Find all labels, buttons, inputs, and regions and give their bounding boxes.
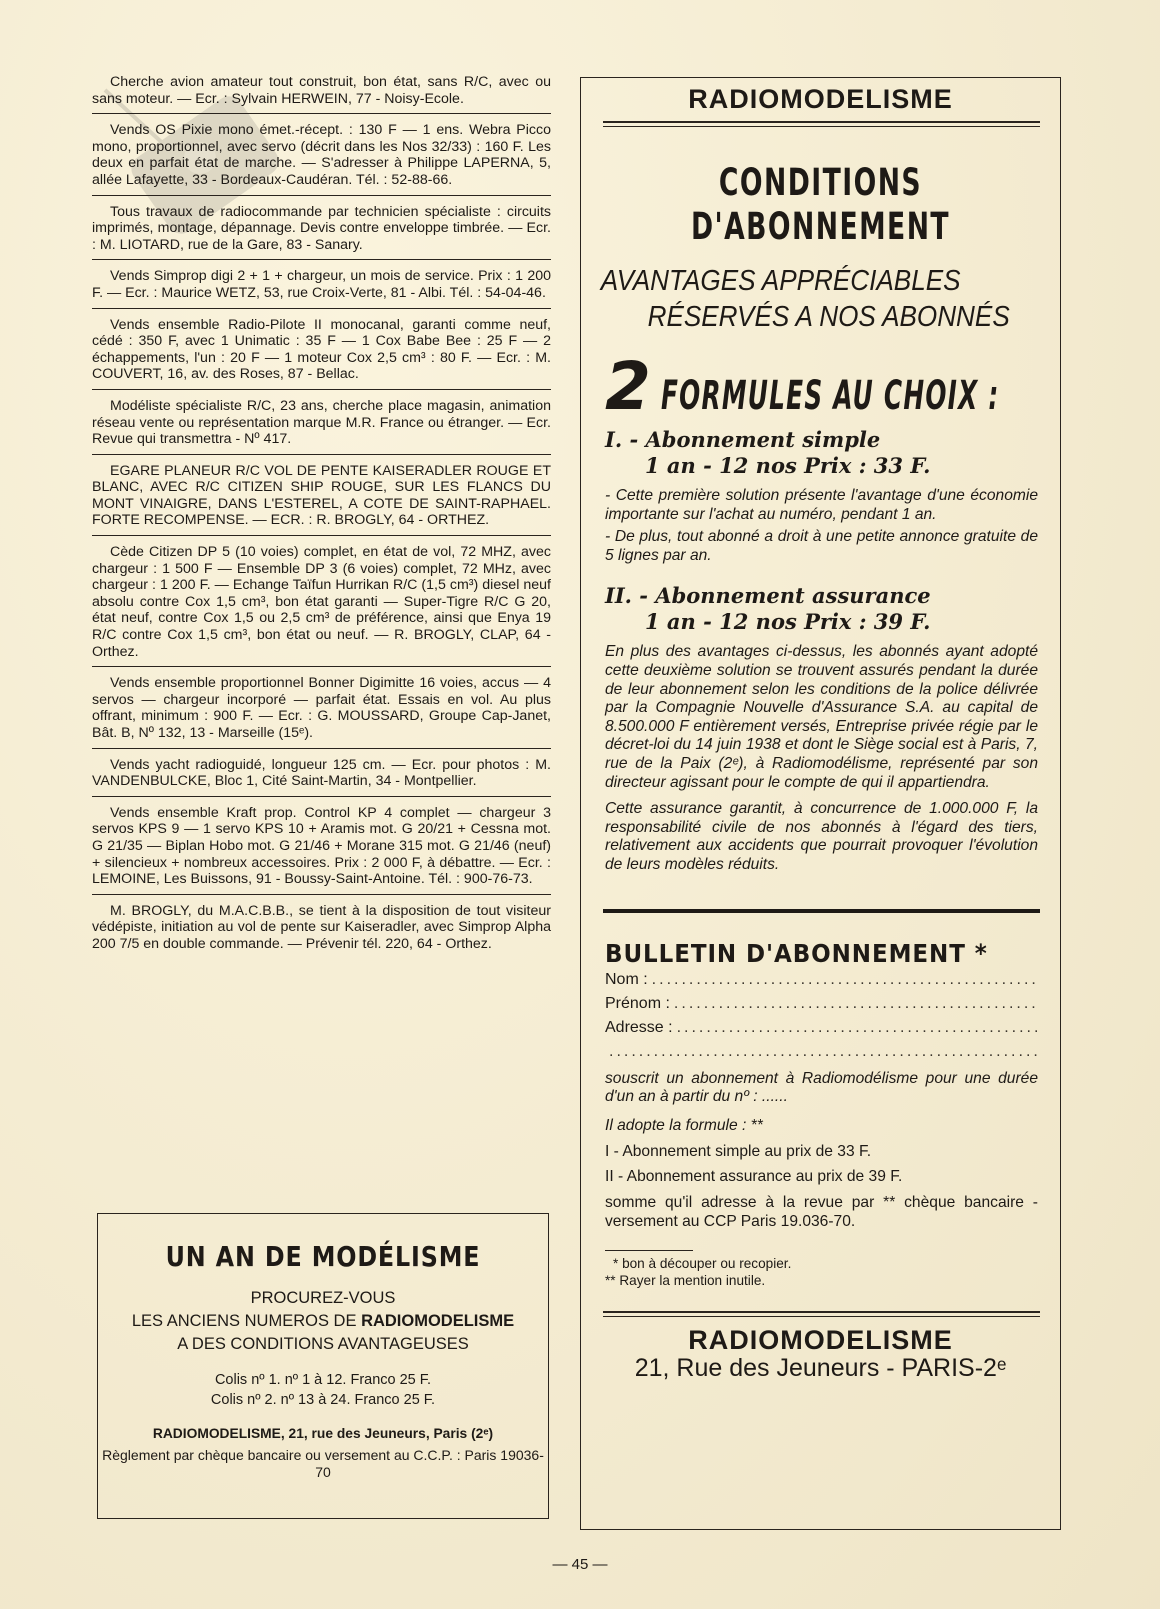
address-continuation-field[interactable]: ........................................… xyxy=(605,1040,1038,1064)
formules-number: 2 xyxy=(605,357,651,417)
payment-statement: somme qu'il adresse à la revue par ** ch… xyxy=(605,1194,1038,1231)
promo-title: UN AN DE MODÉLISME xyxy=(132,1240,515,1273)
classifieds-column: Cherche avion amateur tout construit, bo… xyxy=(92,72,551,965)
footnote: * bon à découper ou recopier. xyxy=(605,1255,1060,1272)
advantages-line: AVANTAGES APPRÉCIABLES xyxy=(601,263,1012,299)
formules-text: FORMULES AU CHOIX : xyxy=(661,373,1000,419)
formula-2-heading: II. - Abonnement assurance 1 an - 12 nos… xyxy=(581,583,1060,635)
first-name-field[interactable]: Prénom : ...............................… xyxy=(605,992,1038,1016)
formula-1-description: - De plus, tout abonné a droit à une pet… xyxy=(605,528,1038,565)
page-number: — 45 — xyxy=(0,1556,1160,1573)
promo-subtitle: PROCUREZ-VOUS LES ANCIENS NUMEROS DE RAD… xyxy=(98,1287,548,1356)
promo-line-text: LES ANCIENS NUMEROS DE xyxy=(132,1312,361,1330)
promo-payment-info: Règlement par chèque bancaire ou verseme… xyxy=(98,1447,548,1481)
footer-address: 21, Rue des Jeuneurs - PARIS-2ᵉ xyxy=(581,1354,1060,1383)
colis-item: Colis nº 1. nº 1 à 12. Franco 25 F. xyxy=(98,1370,548,1390)
footnote: ** Rayer la mention inutile. xyxy=(605,1272,1060,1289)
classified-ad: Vends yacht radioguidé, longueur 125 cm.… xyxy=(92,755,551,797)
field-label: Adresse : xyxy=(605,1016,673,1040)
subscription-statement: souscrit un abonnement à Radiomodélisme … xyxy=(605,1070,1038,1107)
address-field[interactable]: Adresse : ..............................… xyxy=(605,1016,1038,1040)
field-label: Prénom : xyxy=(605,992,670,1016)
classified-ad: Cherche avion amateur tout construit, bo… xyxy=(92,72,551,114)
formula-price: 1 an - 12 nos Prix : 33 F. xyxy=(605,453,1060,479)
formula-2-description: En plus des avantages ci-dessus, les abo… xyxy=(605,643,1038,792)
formules-heading: 2 FORMULES AU CHOIX : xyxy=(581,357,1060,419)
double-rule-divider xyxy=(603,1311,1040,1317)
promo-line: A DES CONDITIONS AVANTAGEUSES xyxy=(98,1333,548,1356)
footer-magazine-name: RADIOMODELISME xyxy=(581,1325,1060,1356)
promo-brand: RADIOMODELISME xyxy=(361,1312,514,1330)
field-label: Nom : xyxy=(605,968,648,992)
dotted-line[interactable]: ........................................… xyxy=(677,1016,1038,1040)
classified-ad: Vends OS Pixie mono émet.-récept. : 130 … xyxy=(92,120,551,195)
title-line: CONDITIONS xyxy=(648,161,993,205)
promo-address: RADIOMODELISME, 21, rue des Jeuneurs, Pa… xyxy=(98,1426,548,1441)
formula-title: II. - Abonnement assurance xyxy=(605,583,1060,609)
formula-1-description: - Cette première solution présente l'ava… xyxy=(605,487,1038,524)
magazine-header: RADIOMODELISME xyxy=(581,84,1060,115)
formula-price: 1 an - 12 nos Prix : 39 F. xyxy=(605,609,1060,635)
subscription-box: RADIOMODELISME CONDITIONS D'ABONNEMENT A… xyxy=(580,77,1061,1530)
formula-choice-label: Il adopte la formule : ** xyxy=(605,1117,1038,1136)
classified-ad: Tous travaux de radiocommande par techni… xyxy=(92,202,551,261)
footnote-rule xyxy=(605,1250,693,1251)
bulletin-title: BULLETIN D'ABONNEMENT * xyxy=(605,939,1024,968)
promo-line: PROCUREZ-VOUS xyxy=(98,1287,548,1310)
classified-ad: Vends ensemble Radio-Pilote II monocanal… xyxy=(92,315,551,390)
promo-colis-list: Colis nº 1. nº 1 à 12. Franco 25 F. Coli… xyxy=(98,1370,548,1410)
colis-item: Colis nº 2. nº 13 à 24. Franco 25 F. xyxy=(98,1390,548,1410)
promo-line: LES ANCIENS NUMEROS DE RADIOMODELISME xyxy=(98,1310,548,1333)
classified-ad: Vends Simprop digi 2 + 1 + chargeur, un … xyxy=(92,266,551,308)
formula-2-description: Cette assurance garantit, à concurrence … xyxy=(605,800,1038,874)
dotted-line[interactable]: ........................................… xyxy=(609,1040,1038,1064)
formula-option-2[interactable]: II - Abonnement assurance au prix de 39 … xyxy=(605,1168,1038,1187)
dotted-line[interactable]: ........................................… xyxy=(652,968,1038,992)
title-line: D'ABONNEMENT xyxy=(648,205,993,249)
formula-1-heading: I. - Abonnement simple 1 an - 12 nos Pri… xyxy=(581,427,1060,479)
classified-ad: Modéliste spécialiste R/C, 23 ans, cherc… xyxy=(92,396,551,455)
advantages-line: RÉSERVÉS A NOS ABONNÉS xyxy=(601,299,1012,335)
classified-ad: Vends ensemble Kraft prop. Control KP 4 … xyxy=(92,803,551,895)
classified-ad: EGARE PLANEUR R/C VOL DE PENTE KAISERADL… xyxy=(92,461,551,536)
advantages-heading: AVANTAGES APPRÉCIABLES RÉSERVÉS A NOS AB… xyxy=(581,263,1012,335)
formula-option-1[interactable]: I - Abonnement simple au prix de 33 F. xyxy=(605,1143,1038,1162)
classified-ad: M. BROGLY, du M.A.C.B.B., se tient à la … xyxy=(92,901,551,959)
conditions-title: CONDITIONS D'ABONNEMENT xyxy=(648,161,993,249)
thick-rule-divider xyxy=(603,909,1040,913)
formula-title: I. - Abonnement simple xyxy=(605,427,1060,453)
classified-ad: Cède Citizen DP 5 (10 voies) complet, en… xyxy=(92,542,551,667)
classified-ad: Vends ensemble proportionnel Bonner Digi… xyxy=(92,673,551,748)
dotted-line[interactable]: ........................................… xyxy=(674,992,1038,1016)
back-issues-promo-box: UN AN DE MODÉLISME PROCUREZ-VOUS LES ANC… xyxy=(97,1213,549,1519)
name-field[interactable]: Nom : ..................................… xyxy=(605,968,1038,992)
double-rule-divider xyxy=(603,121,1040,127)
